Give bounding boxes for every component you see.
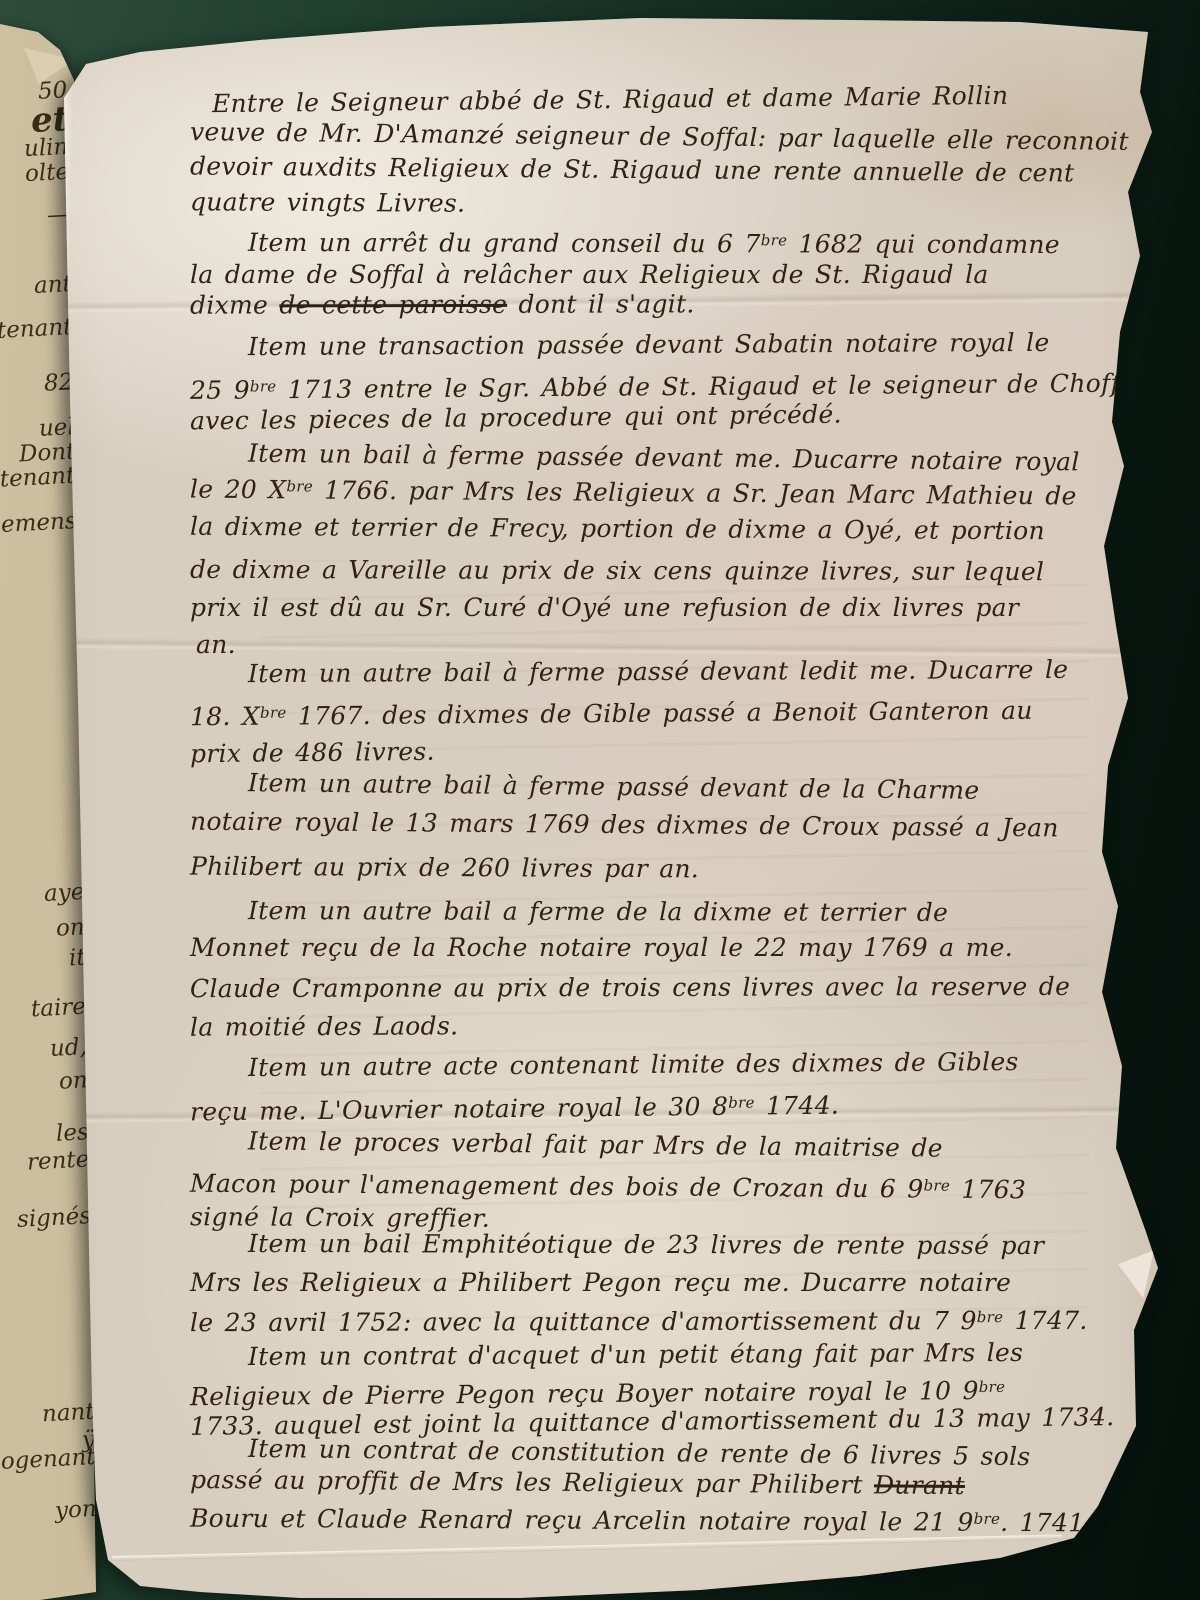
manuscript-line: la moitié des Laods. (190, 1011, 458, 1042)
manuscript-line: Macon pour l'amenagement des bois de Cro… (190, 1165, 1026, 1206)
manuscript-line: quatre vingts Livres. (190, 187, 465, 218)
manuscript-line: Bouru et Claude Renard reçu Arcelin nota… (190, 1500, 1093, 1539)
manuscript-line: prix il est dû au Sr. Curé d'Oyé une ref… (190, 593, 1019, 623)
manuscript-line: Item un autre bail à ferme passé devant … (248, 655, 1068, 689)
manuscript-line: prix de 486 livres. (190, 737, 435, 770)
manuscript-line: Entre le Seigneur abbé de St. Rigaud et … (212, 81, 1009, 119)
page-left-fold-highlight (32, 56, 74, 1596)
manuscript-line: Item un arrêt du grand conseil du 6 7bre… (248, 224, 1060, 260)
manuscript-line: Item une transaction passée devant Sabat… (248, 328, 1050, 362)
manuscript-line: avec les pieces de la procedure qui ont … (190, 400, 842, 437)
manuscript-line: Item un autre acte contenant limite des … (248, 1047, 1019, 1083)
manuscript-line: la dame de Soffal à relâcher aux Religie… (190, 260, 989, 290)
manuscript-line: le 23 avril 1752: avec la quittance d'am… (190, 1302, 1088, 1338)
manuscript-line: passé au proffit de Mrs les Religieux pa… (190, 1465, 965, 1501)
manuscript-line: 18. Xbre 1767. des dixmes de Gible passé… (190, 692, 1033, 733)
manuscript-line: Monnet reçu de la Roche notaire royal le… (190, 933, 1013, 963)
manuscript-page: Entre le Seigneur abbé de St. Rigaud et … (0, 0, 1200, 1600)
manuscript-line: an. (196, 630, 236, 660)
manuscript-line: devoir auxdits Religieux de St. Rigaud u… (190, 152, 1075, 189)
manuscript-line: reçu me. L'Ouvrier notaire royal le 30 8… (190, 1087, 839, 1128)
manuscript-line: dixme de cette paroisse dont il s'agit. (190, 289, 695, 320)
torn-edge-highlight (1118, 1250, 1154, 1298)
manuscript-line: Item un contrat d'acquet d'un petit étan… (248, 1338, 1023, 1372)
page-bottom-edge-highlight (112, 1534, 1062, 1561)
manuscript-line: Philibert au prix de 260 livres par an. (190, 852, 699, 885)
manuscript-line: veuve de Mr. D'Amanzé seigneur de Soffal… (190, 117, 1129, 157)
manuscript-line: le 20 Xbre 1766. par Mrs les Religieux a… (190, 471, 1077, 512)
manuscript-line: Mrs les Religieux a Philibert Pegon reçu… (190, 1268, 1011, 1298)
manuscript-line: Claude Cramponne au prix de trois cens l… (190, 972, 1070, 1004)
photograph-background: 50etulinolte—anttenant82uelDontntenantem… (0, 0, 1200, 1600)
manuscript-line: Item un bail Emphitéotique de 23 livres … (248, 1229, 1044, 1261)
manuscript-line: la dixme et terrier de Frecy, portion de… (190, 512, 1045, 546)
manuscript-line: Item un autre bail a ferme de la dixme e… (248, 896, 948, 928)
manuscript-page-wrap: Entre le Seigneur abbé de St. Rigaud et … (0, 0, 1200, 1600)
manuscript-line: de dixme a Vareille au prix de six cens … (190, 555, 1044, 587)
manuscript-line: 25 9bre 1713 entre le Sgr. Abbé de St. R… (190, 364, 1189, 406)
